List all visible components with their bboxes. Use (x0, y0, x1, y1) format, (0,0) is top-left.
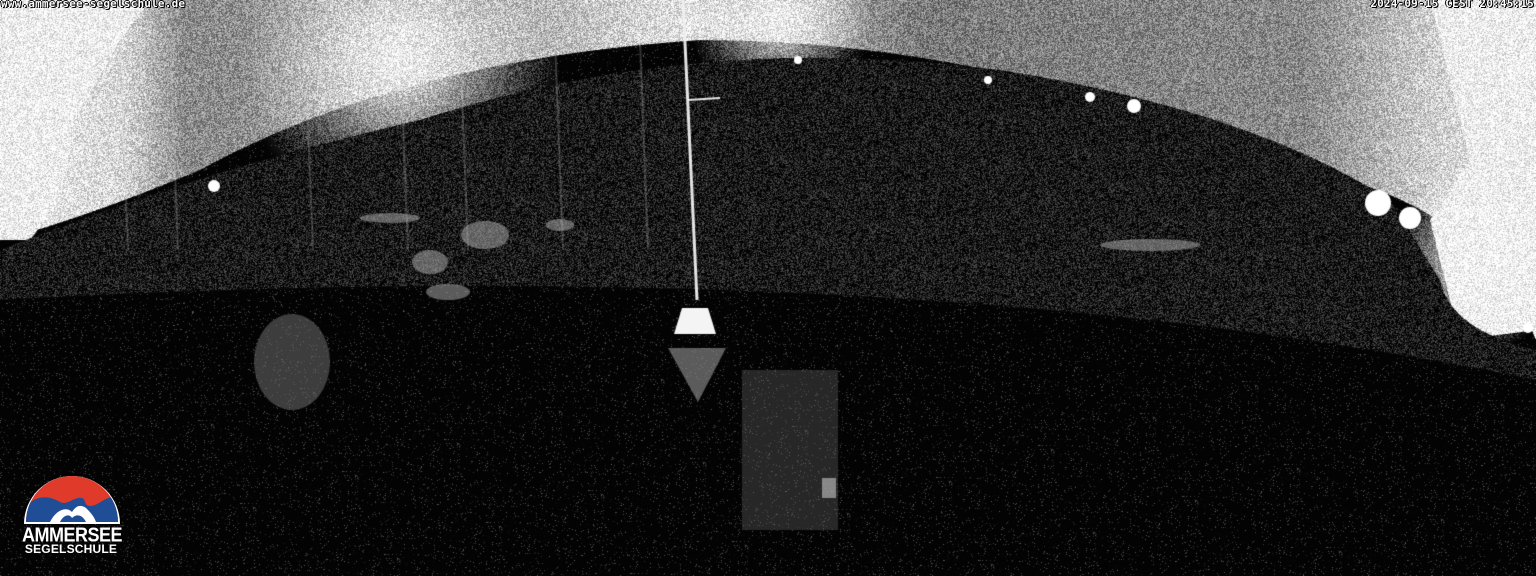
webcam-timestamp: 2024-09-15 CEST 20:45:15 (1370, 0, 1534, 11)
logo-subtitle: SEGELSCHULE (20, 543, 122, 555)
webcam-url-watermark: www.ammersee-segelschule.de (1, 0, 185, 11)
webcam-image (0, 0, 1536, 576)
